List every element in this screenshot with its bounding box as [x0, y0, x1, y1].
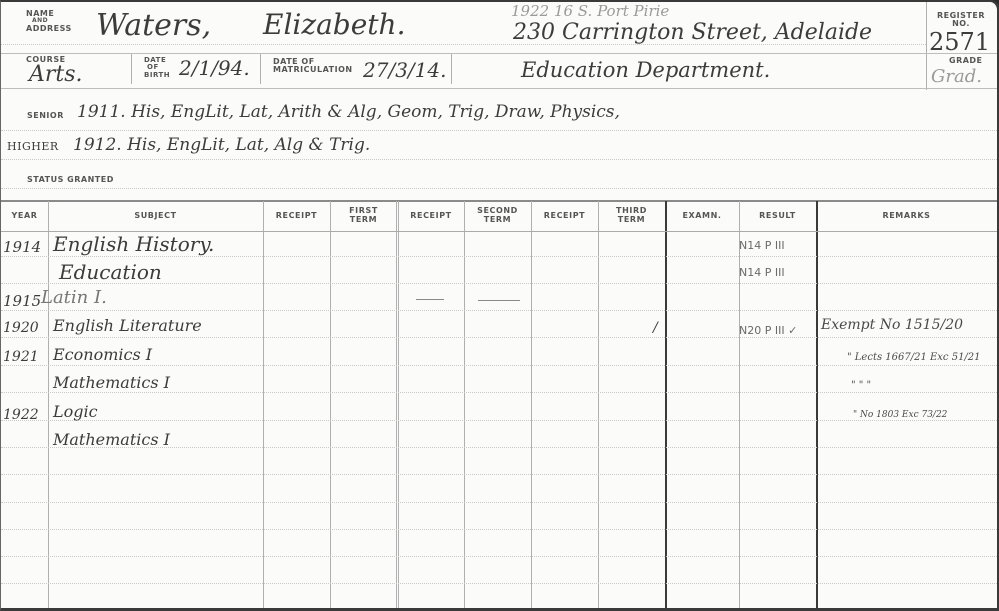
higher-subjects: 1912. His, EngLit, Lat, Alg & Trig. — [73, 135, 370, 155]
col-divider-first-term-b — [398, 201, 399, 611]
name-rule — [1, 44, 926, 45]
header-text: RECEIPT — [410, 212, 451, 221]
row-result: N14 P III — [739, 266, 785, 279]
course-value: Arts. — [29, 62, 83, 87]
row-rule — [1, 556, 997, 557]
col-header-examn: EXAMN. — [665, 203, 739, 229]
status-granted-label: STATUS GRANTED — [27, 176, 114, 184]
dob-divider — [260, 54, 261, 84]
occupation: Education Department. — [521, 58, 770, 82]
col-divider-receipt1 — [330, 201, 331, 611]
row-remarks: " Lects 1667/21 Exc 51/21 — [847, 352, 981, 363]
header-text: TERM — [484, 216, 511, 225]
row-subject: Economics I — [53, 345, 152, 364]
senior-rule — [1, 130, 997, 131]
header-rule-1 — [1, 53, 997, 54]
matriculation-date: 27/3/14. — [363, 58, 446, 82]
col-divider-first-term — [396, 201, 397, 611]
row-second-term-dash — [478, 300, 520, 301]
col-divider-second-term — [531, 201, 532, 611]
header-text: RESULT — [759, 212, 796, 221]
senior-subjects: 1911. His, EngLit, Lat, Arith & Alg, Geo… — [77, 102, 620, 122]
row-subject: Latin I. — [41, 287, 107, 308]
row-subject: Education — [59, 260, 162, 284]
header-text: RECEIPT — [544, 212, 585, 221]
row-subject: English Literature — [53, 316, 202, 335]
row-year: 1915 — [3, 292, 41, 310]
row-rule — [1, 529, 997, 530]
row-year: 1922 — [3, 407, 39, 423]
col-header-remarks: REMARKS — [816, 203, 997, 229]
header-text: REMARKS — [882, 212, 930, 221]
row-remarks: " " " — [851, 380, 871, 391]
row-subject: Logic — [53, 402, 98, 421]
course-divider — [131, 54, 132, 84]
row-receipt-dash — [416, 299, 444, 300]
col-divider-examn — [739, 201, 740, 611]
status-rule — [1, 188, 997, 189]
senior-label: SENIOR — [27, 112, 64, 120]
row-rule — [1, 256, 997, 257]
row-subject: Mathematics I — [53, 373, 170, 392]
row-rule — [1, 583, 997, 584]
dob-label: DATE OF BIRTH — [144, 57, 170, 79]
row-remarks: Exempt No 1515/20 — [821, 317, 963, 333]
table-top-rule — [1, 200, 997, 202]
register-number: 2571 — [929, 28, 990, 56]
row-remarks: " No 1803 Exc 73/22 — [853, 410, 947, 420]
address: 230 Carrington Street, Adelaide — [513, 20, 872, 45]
given-name: Elizabeth. — [263, 8, 405, 41]
col-divider-receipt3 — [598, 201, 599, 611]
matric-divider — [451, 54, 452, 84]
dob-value: 2/1/94. — [179, 56, 250, 80]
col-header-second-term: SECONDTERM — [464, 203, 531, 229]
col-divider-result — [816, 201, 818, 611]
register-divider — [926, 2, 927, 90]
col-divider-subject — [263, 201, 264, 611]
row-year: 1920 — [3, 320, 39, 336]
matriculation-label: DATE OF MATRICULATION — [273, 58, 353, 75]
header-text: RECEIPT — [276, 212, 317, 221]
higher-rule — [1, 159, 997, 160]
header-text: YEAR — [11, 212, 37, 221]
name-address-label: NAME AND ADDRESS — [26, 10, 72, 33]
col-header-subject: SUBJECT — [48, 203, 263, 229]
row-rule — [1, 392, 997, 393]
row-rule — [1, 502, 997, 503]
label-line: ADDRESS — [26, 25, 72, 33]
header-text: EXAMN. — [682, 212, 721, 221]
col-header-result: RESULT — [739, 203, 816, 229]
row-year: 1921 — [3, 349, 39, 365]
header-text: TERM — [618, 216, 645, 225]
row-subject: English History. — [53, 232, 214, 256]
row-year: 1914 — [3, 238, 41, 256]
grade-label: GRADE — [949, 57, 983, 65]
col-header-third-term: THIRDTERM — [598, 203, 665, 229]
label-line: BIRTH — [144, 72, 170, 79]
enrolment-record-card: NAME AND ADDRESS Waters, Elizabeth. 1922… — [0, 0, 999, 611]
col-header-receipt-2: RECEIPT — [398, 203, 464, 229]
col-header-receipt-3: RECEIPT — [531, 203, 598, 229]
grade-value: Grad. — [931, 66, 982, 87]
row-result: N14 P III — [739, 239, 785, 252]
col-header-year: YEAR — [1, 203, 48, 229]
col-divider-receipt2 — [464, 201, 465, 611]
surname: Waters, — [96, 8, 211, 43]
row-rule — [1, 420, 997, 421]
header-rule-2 — [1, 88, 997, 89]
row-rule — [1, 310, 997, 311]
col-divider-year — [48, 201, 49, 611]
header-text: SUBJECT — [134, 212, 176, 221]
row-result: N20 P III ✓ — [739, 324, 797, 337]
row-rule — [1, 474, 997, 475]
row-subject: Mathematics I — [53, 430, 170, 449]
higher-label: HIGHER — [7, 140, 59, 153]
label-line: MATRICULATION — [273, 66, 353, 74]
col-header-receipt-1: RECEIPT — [263, 203, 330, 229]
col-header-first-term: FIRSTTERM — [330, 203, 397, 229]
row-rule — [1, 365, 997, 366]
row-rule — [1, 337, 997, 338]
register-label: REGISTER NO. — [928, 12, 994, 29]
address-annotation: 1922 16 S. Port Pirie — [511, 2, 669, 20]
row-examn-mark: / — [653, 320, 658, 336]
header-text: TERM — [350, 216, 377, 225]
col-divider-third-term — [665, 201, 667, 611]
